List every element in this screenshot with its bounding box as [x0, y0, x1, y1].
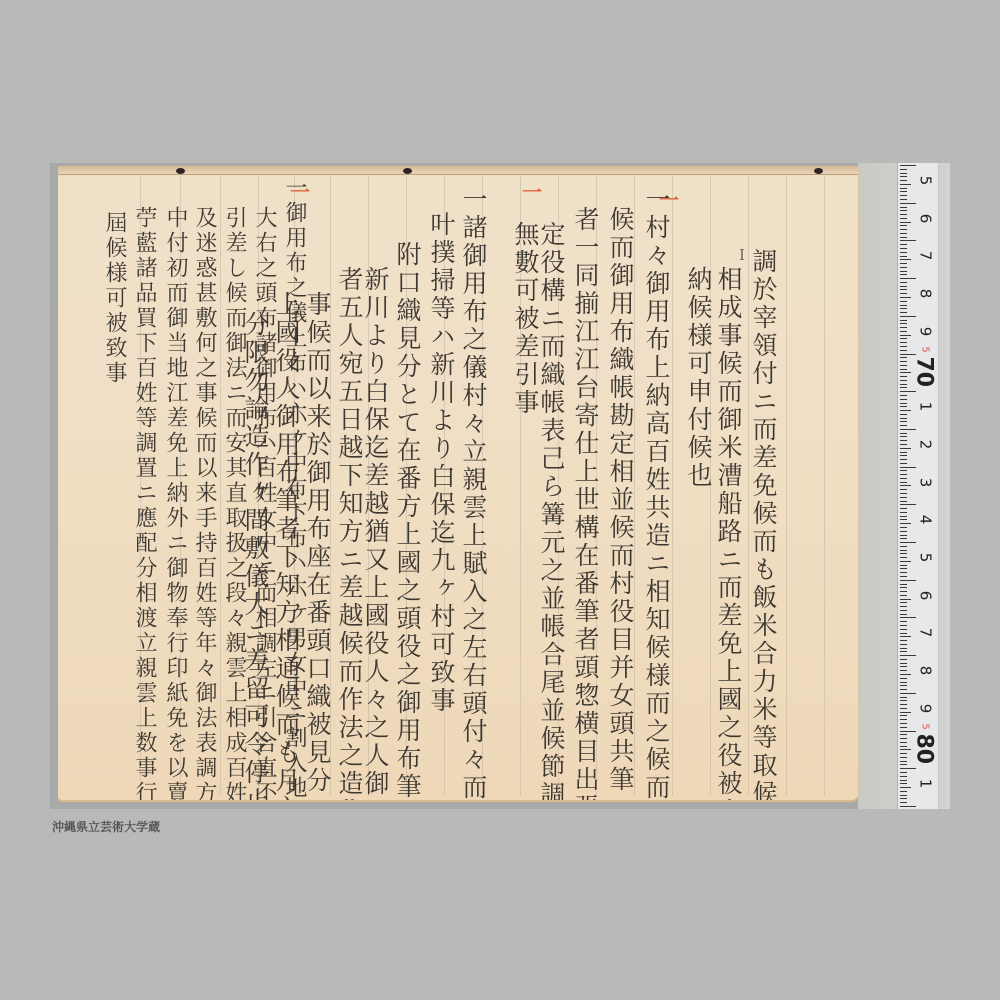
- text-column: 一村々御用布上納高百姓共造ニ相知候様而之候而不叶事: [641, 186, 671, 786]
- ruler-tick: [900, 380, 907, 381]
- ruler-tick: [900, 448, 911, 449]
- ruler-tick: [900, 188, 907, 189]
- ruler-tick: [900, 753, 907, 754]
- ruler-tick: [900, 629, 907, 630]
- collection-caption: 沖縄県立芸術大学蔵: [52, 818, 160, 835]
- ruler-tick: [900, 331, 907, 332]
- ruler-tick: [900, 222, 911, 223]
- ruler-tick: [900, 244, 907, 245]
- ruler-tick: [900, 425, 907, 426]
- ruler-tick: [900, 504, 916, 505]
- text-column: 者五人宛五日越下知方ニ差越候而作法之造作不少: [334, 266, 364, 796]
- text-column: 附口織見分とて在番方上國之頭役之御用布筆者両: [392, 241, 422, 800]
- ruler-tick: [900, 240, 916, 241]
- text-column: 叶撲掃等ハ新川より白保迄九ヶ村可致事: [426, 211, 456, 691]
- ruler-tick: [900, 376, 907, 377]
- ruler-tick: [900, 519, 907, 520]
- ruler-tick: [900, 263, 907, 264]
- ruler-tick: [900, 406, 907, 407]
- ruler-tick: [900, 621, 907, 622]
- ruler-label: 6: [918, 207, 933, 229]
- text-column: 者一同揃江江台寄仕上世構在番筆者頭惣横目出張之上勘: [570, 206, 600, 796]
- ruler-tick: [900, 659, 907, 660]
- ruler-tick: [900, 485, 911, 486]
- ruler-tick: [900, 553, 907, 554]
- text-column: 屆候様可被致事: [100, 211, 128, 411]
- ruler-tick: [900, 489, 907, 490]
- manuscript-page: I 一 一 一 調於宰領付ニ而差免候而も飯米合力米等取候痛 相成事候而御米漕船路…: [58, 166, 858, 800]
- ruler-tick: [900, 663, 907, 664]
- ruler-tick: [900, 338, 907, 339]
- ruler-tick: [900, 372, 911, 373]
- ruler-tick: [900, 693, 916, 694]
- ruler-half-mark: 5: [918, 719, 933, 733]
- ruler-tick: [900, 180, 907, 181]
- ruler-tick: [900, 248, 907, 249]
- ruler-tick: [900, 516, 907, 517]
- ruler-tick: [900, 342, 907, 343]
- ruler-tick: [900, 357, 907, 358]
- ruler-tick: [900, 274, 907, 275]
- ruler-tick: [900, 561, 911, 562]
- ruler-tick: [900, 455, 907, 456]
- ruler-tick: [900, 576, 907, 577]
- ruler-tick: [900, 636, 911, 637]
- ruler-tick: [900, 297, 911, 298]
- ruler-tick: [900, 169, 907, 170]
- ruler-tick: [900, 429, 916, 430]
- ruler-tick: [900, 648, 907, 649]
- ruler-tick: [900, 278, 916, 279]
- text-column: 調於宰領付ニ而差免候而も飯米合力米等取候痛: [748, 248, 778, 768]
- ruler-tick: [900, 655, 916, 656]
- ruler-tick: [900, 723, 907, 724]
- text-column: 一御用布之儀上布ハ六ヶ中布下布ハ六ヶ男女中ニ割入地ニ而手持: [280, 176, 308, 796]
- text-column: 定役構ニ而織帳表己ら篝元之並帳合尾並候節調る: [536, 221, 566, 800]
- ruler-tick: [900, 289, 907, 290]
- ruler-tick: [900, 617, 916, 618]
- ruler-label: 7: [918, 622, 933, 644]
- ruler-tick: [900, 768, 916, 769]
- ruler-tick: [900, 606, 907, 607]
- ruler-tick: [900, 512, 907, 513]
- ruler-tick: [900, 327, 907, 328]
- ruler-tick: [900, 199, 907, 200]
- ruler-half-mark: 5: [918, 342, 933, 356]
- ruler-tick: [900, 463, 907, 464]
- ruler-tick: [900, 625, 907, 626]
- ruler-tick: [900, 697, 907, 698]
- ruler-tick: [900, 165, 916, 166]
- ruler-tick: [900, 346, 907, 347]
- ruler-tick: [900, 734, 907, 735]
- ruler-tick: [900, 195, 907, 196]
- ruler-tick: [900, 410, 911, 411]
- measuring-ruler: 567897012345678980155: [897, 163, 939, 809]
- ruler-tick: [900, 184, 911, 185]
- ruler-tick: [900, 282, 907, 283]
- ruler-tick: [900, 316, 916, 317]
- ruler-tick: [900, 335, 911, 336]
- ruler-tick: [900, 651, 907, 652]
- ruler-tick: [900, 550, 907, 551]
- ruler-tick: [900, 308, 907, 309]
- ruler-tick: [900, 508, 907, 509]
- ruler-tick: [900, 746, 907, 747]
- binding-hole: [403, 168, 412, 174]
- section-marker: I: [739, 246, 745, 264]
- ruler-tick: [900, 176, 907, 177]
- ruler-tick: [900, 421, 907, 422]
- ruler-tick: [900, 501, 907, 502]
- ruler-label: 2: [918, 433, 933, 455]
- ruler-tick: [900, 787, 911, 788]
- ruler-tick: [900, 802, 907, 803]
- text-column: 中付初而御当地江差免上納外ニ御物奉行印紙免を以賣拂: [161, 206, 189, 800]
- ruler-tick: [900, 497, 907, 498]
- ruler-tick: [900, 523, 911, 524]
- text-column: 候而御用布織帳勘定相並候而村役目并女頭共筆: [605, 206, 635, 796]
- ruler-tick: [900, 323, 907, 324]
- ruler-tick: [900, 757, 907, 758]
- text-column: 及迷惑甚敷何之事候而以来手持百姓等年々御法表調方: [190, 206, 218, 800]
- ruler-tick: [900, 795, 907, 796]
- ruler-tick: [900, 731, 916, 732]
- ruler-tick: [900, 783, 907, 784]
- ruler-tick: [900, 286, 907, 287]
- ruler-tick: [900, 531, 907, 532]
- ruler-tick: [900, 666, 907, 667]
- ruler-tick: [900, 591, 907, 592]
- ruler-tick: [900, 610, 907, 611]
- ruler-label: 5: [918, 547, 933, 569]
- ruler-tick: [900, 565, 907, 566]
- ruler-tick: [900, 644, 907, 645]
- ruler-label: 4: [918, 509, 933, 531]
- ruler-tick: [900, 384, 907, 385]
- ruler-tick: [900, 361, 907, 362]
- ruler-tick: [900, 365, 907, 366]
- ruler-label: 6: [918, 584, 933, 606]
- ruler-tick: [900, 719, 907, 720]
- text-column: 苧藍諸品買下百姓等調置ニ應配分相渡立親雲上数事行: [130, 206, 158, 800]
- ruler-tick: [900, 418, 907, 419]
- ruler-tick: [900, 599, 911, 600]
- ruler-tick: [900, 173, 907, 174]
- ruler-label: 70: [917, 356, 932, 382]
- ruler-tick: [900, 369, 907, 370]
- ruler-tick: [900, 535, 907, 536]
- ruler-label: 80: [917, 733, 932, 759]
- ruler-tick: [900, 806, 916, 807]
- ruler-tick: [900, 640, 907, 641]
- ruler-tick: [900, 682, 907, 683]
- item-marker: 一: [522, 176, 542, 205]
- ruler-tick: [900, 749, 911, 750]
- ruler-tick: [900, 414, 907, 415]
- ruler-tick: [900, 403, 907, 404]
- text-column: 無數可被差引事: [510, 221, 540, 481]
- text-column: 大右之頭布諸御用布ハ百姓女中ニ而相調左ニ引合直不足差: [250, 206, 278, 800]
- ruler-tick: [900, 633, 907, 634]
- ruler-tick: [900, 715, 907, 716]
- ruler-tick: [900, 727, 907, 728]
- ruler-tick: [900, 557, 907, 558]
- text-column: 新川より白保迄差越猶又上國役人々之人御用布筆: [360, 266, 390, 796]
- ruler-tick: [900, 218, 907, 219]
- ruler-tick: [900, 267, 907, 268]
- ruler-tick: [900, 780, 907, 781]
- ruler-tick: [900, 320, 907, 321]
- text-column: 相成事候而御米漕船路ニ而差免上國之役被上: [713, 266, 743, 786]
- ruler-tick: [900, 670, 907, 671]
- ruler-tick: [900, 584, 907, 585]
- ruler-tick: [900, 708, 907, 709]
- ruler-tick: [900, 395, 907, 396]
- ruler-tick: [900, 580, 916, 581]
- ruler-label: 8: [918, 660, 933, 682]
- ruler-tick: [900, 704, 907, 705]
- ruler-tick: [900, 391, 916, 392]
- ruler-tick: [900, 478, 907, 479]
- ruler-tick: [900, 538, 907, 539]
- binding-hole: [814, 168, 823, 174]
- ruled-line: [824, 176, 825, 796]
- ruler-tick: [900, 761, 907, 762]
- ruler-tick: [900, 587, 907, 588]
- ruled-line: [786, 176, 787, 796]
- ruler-label: 7: [918, 245, 933, 267]
- ruler-tick: [900, 568, 907, 569]
- ruler-tick: [900, 399, 907, 400]
- ruled-line: [672, 176, 673, 796]
- binding-hole: [176, 168, 185, 174]
- ruler-tick: [900, 712, 911, 713]
- ruler-tick: [900, 459, 907, 460]
- ruler-tick: [900, 256, 907, 257]
- ruler-tick: [900, 527, 907, 528]
- ruler-tick: [900, 595, 907, 596]
- ruler-tick: [900, 210, 907, 211]
- ruler-tick: [900, 542, 916, 543]
- ruler-tick: [900, 229, 907, 230]
- ruler-tick: [900, 742, 907, 743]
- ruler-tick: [900, 233, 907, 234]
- ruler-tick: [900, 301, 907, 302]
- ruler-label: 1: [918, 773, 933, 795]
- text-column: 一諸御用布之儀村々立親雲上賦入之左右頭付々而見届候而不: [458, 186, 488, 796]
- text-column: 納候様可申付候也: [683, 266, 713, 466]
- ruler-tick: [900, 293, 907, 294]
- ruler-tick: [900, 387, 907, 388]
- ruler-label: 9: [918, 320, 933, 342]
- ruler-tick: [900, 350, 907, 351]
- ruler-tick: [900, 225, 907, 226]
- ruler-tick: [900, 214, 907, 215]
- ruler-tick: [900, 546, 907, 547]
- ruler-tick: [900, 791, 907, 792]
- ruler-tick: [900, 689, 907, 690]
- ruler-tick: [900, 259, 911, 260]
- ruler-label: 9: [918, 697, 933, 719]
- ruler-tick: [900, 572, 907, 573]
- ruler-tick: [900, 191, 907, 192]
- ruler-tick: [900, 493, 907, 494]
- ruler-tick: [900, 602, 907, 603]
- ruler-tick: [900, 203, 916, 204]
- ruler-tick: [900, 474, 907, 475]
- ruler-tick: [900, 482, 907, 483]
- ruler-tick: [900, 271, 907, 272]
- ruler-tick: [900, 440, 907, 441]
- text-column: 引差し候而御法ニ而安其直取扱之段々親雲上相成百姓共為: [220, 206, 248, 800]
- ruler-tick: [900, 433, 907, 434]
- ruler-label: 8: [918, 283, 933, 305]
- ruler-label: 3: [918, 471, 933, 493]
- ruler-tick: [900, 452, 907, 453]
- ruler-tick: [900, 674, 911, 675]
- ruler-tick: [900, 444, 907, 445]
- ruler-label: 5: [918, 170, 933, 192]
- ruler-tick: [900, 207, 907, 208]
- ruler-tick: [900, 237, 907, 238]
- ruler-tick: [900, 252, 907, 253]
- ruler-tick: [900, 764, 907, 765]
- ruler-tick: [900, 305, 907, 306]
- ruler-tick: [900, 776, 907, 777]
- ruler-tick: [900, 436, 907, 437]
- ruler-label: 1: [918, 396, 933, 418]
- ruler-tick: [900, 614, 907, 615]
- ruler-tick: [900, 738, 907, 739]
- ruler-tick: [900, 467, 916, 468]
- ruler-tick: [900, 312, 907, 313]
- ruler-tick: [900, 798, 907, 799]
- ruler-tick: [900, 678, 907, 679]
- ruler-tick: [900, 470, 907, 471]
- ruler-tick: [900, 354, 916, 355]
- ruler-tick: [900, 685, 907, 686]
- ruler-tick: [900, 772, 907, 773]
- ruler-tick: [900, 700, 907, 701]
